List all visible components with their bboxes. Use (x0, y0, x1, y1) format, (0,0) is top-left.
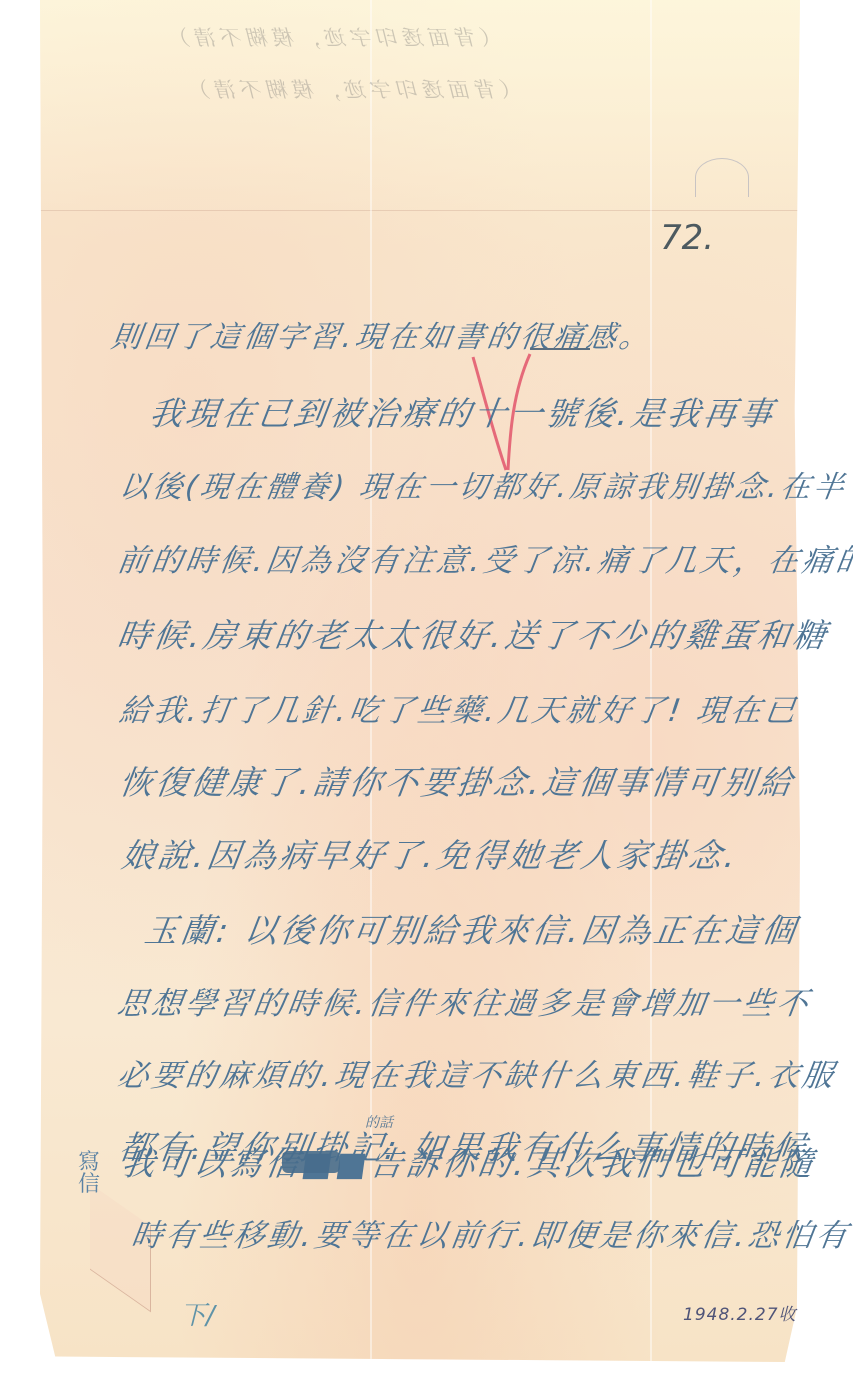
letter-line: 娘說.因為病早好了.免得她老人家掛念. (119, 830, 742, 877)
bleed-through-text: （背面透印字迹，模糊不清） (165, 22, 503, 52)
stamp-mark-icon (695, 158, 749, 197)
letter-line: 我現在已到被治療的十一號後.是我再事 (147, 388, 779, 435)
letter-line: 我可以寫信■■告訴你的.其次我們也可能隨 (119, 1138, 819, 1185)
letter-line: 時候.房東的老太太很好.送了不少的雞蛋和糖 (115, 610, 833, 657)
bleed-through-text: （背面透印字迹，模糊不清） (185, 74, 523, 104)
received-date-note: 1948.2.27收 (683, 1300, 797, 1325)
interlinear-annotation: 的話 (365, 1112, 393, 1132)
page-number: 72. (660, 218, 714, 258)
footer-mark: 下/ (180, 1295, 215, 1332)
letter-line: 思想學習的時候.信件來往過多是會增加一些不 (115, 978, 814, 1023)
letter-line: 必要的麻煩的.現在我這不缺什么東西.鞋子.衣服 (115, 1050, 840, 1095)
redaction-mark (282, 1151, 340, 1173)
letter-line: 時有些移動.要等在以前行.即便是你來信.恐怕有 (129, 1210, 853, 1255)
paper-fold-line (40, 210, 800, 211)
margin-note: 寫信 (78, 1152, 102, 1196)
letter-line: 給我.打了几針.吃了些藥.几天就好了! 現在已 (117, 685, 802, 730)
letter-line: 以後(現在體養) 現在一切都好.原諒我別掛念.在半 (117, 462, 850, 506)
letter-line: 恢復健康了.請你不要掛念.這個事情可别給 (117, 757, 799, 804)
letter-line: 玉蘭: 以後你可别給我來信.因為正在這個 (142, 905, 802, 952)
underline-mark (530, 348, 590, 350)
letter-line: 前的時候.因為沒有注意.受了涼.痛了几天，在痛的 (115, 535, 853, 580)
